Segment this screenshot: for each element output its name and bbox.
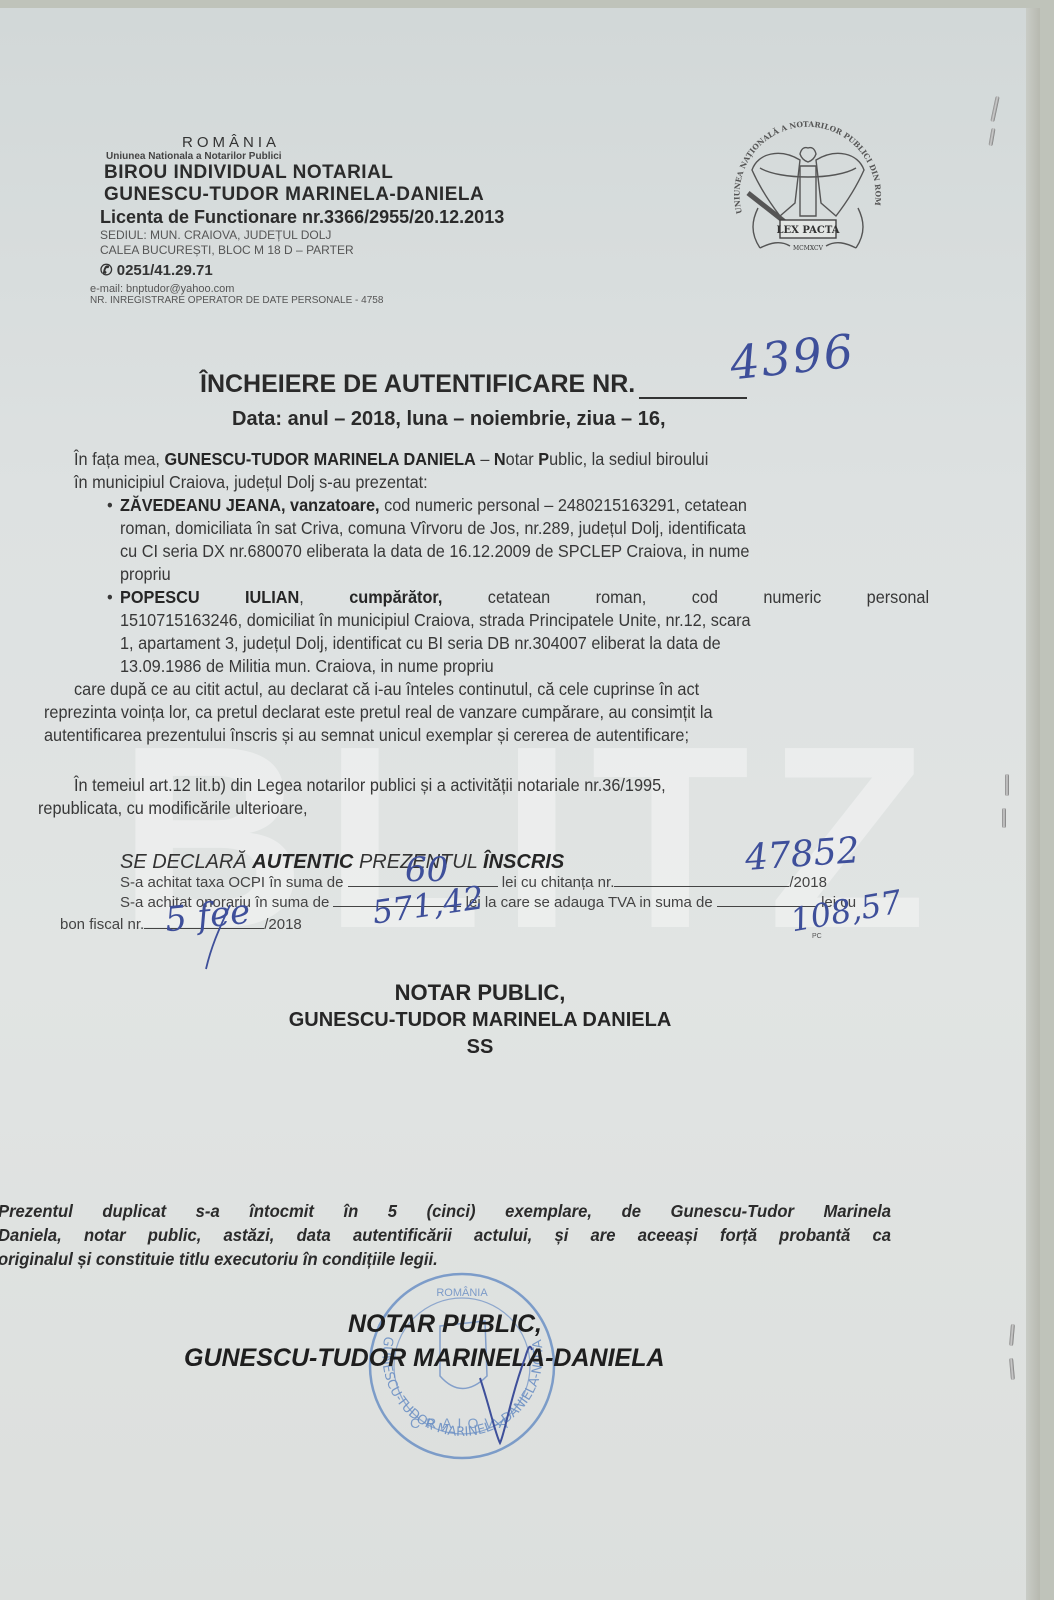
notary-name: GUNESCU-TUDOR MARINELA-DANIELA — [104, 184, 504, 206]
party-cnp-label: cetatean roman, cod numeric personal — [488, 587, 929, 607]
intro-p: P — [538, 449, 549, 469]
staple-mark — [1002, 808, 1006, 828]
intro-line-2: în municipiul Craiova, județul Dolj s-au… — [74, 471, 904, 494]
signature-ss: SS — [0, 1036, 960, 1059]
country-label: ROMÂNIA — [182, 134, 504, 151]
staple-mark — [1009, 1358, 1015, 1380]
party-buyer: • POPESCU IULIAN, cumpărător, cetatean r… — [120, 586, 929, 678]
seal-year: MCMXCV — [793, 245, 824, 252]
intro-otar: otar — [506, 449, 539, 469]
legal-basis-line-2: republicata, cu modificările ulterioare, — [38, 797, 868, 820]
phone-icon: ✆ — [100, 262, 117, 279]
office-label: BIROU INDIVIDUAL NOTARIAL — [104, 162, 504, 184]
party-line-2: roman, domiciliata în sat Criva, comuna … — [120, 517, 929, 540]
page-edge — [1026, 8, 1040, 1600]
authentic-part-4: ÎNSCRIS — [483, 851, 564, 873]
address-line-2: CALEA BUCUREȘTI, BLOC M 18 D – PARTER — [100, 243, 504, 258]
party-cnp: cod numeric personal – 2480215163291, ce… — [384, 495, 747, 515]
fiscal-year: /2018 — [264, 916, 302, 933]
authentic-part-2: AUTENTIC — [252, 851, 359, 873]
party-line-4: 13.09.1986 de Militia mun. Craiova, in n… — [120, 655, 929, 678]
declaration-line-2: reprezinta voința lor, ca pretul declara… — [44, 701, 939, 724]
stamp-top-text: ROMÂNIA — [436, 1286, 488, 1299]
party-line-1: POPESCU IULIAN, cumpărător, cetatean rom… — [120, 586, 929, 609]
fiscal-label: bon fiscal nr. — [60, 916, 144, 933]
staple-mark — [1009, 1324, 1015, 1346]
phone-row: ✆ 0251/41.29.71 — [100, 261, 504, 279]
handwritten-stroke — [200, 903, 240, 973]
license-number: Licenta de Functionare nr.3366/2955/20.1… — [100, 207, 504, 228]
vat-label: lei la care se adauga TVA in suma de — [466, 894, 713, 911]
party-seller: • ZĂVEDEANU JEANA, vanzatoare, cod numer… — [120, 494, 929, 586]
act-title: ÎNCHEIERE DE AUTENTIFICARE NR. — [200, 370, 747, 399]
receipt-number-handwritten: 47852 — [744, 830, 861, 879]
bullet-icon: • — [107, 586, 113, 609]
party-role: vanzatoare, — [290, 495, 380, 515]
signature-title: NOTAR PUBLIC, — [0, 980, 960, 1006]
duplicate-line-2: Daniela, notar public, astăzi, data aute… — [0, 1223, 891, 1247]
party-line-3: cu CI seria DX nr.680070 eliberata la da… — [120, 540, 929, 563]
notary-letterhead: ROMÂNIA Uniunea Nationala a Notarilor Pu… — [100, 134, 504, 306]
act-number-handwritten: 4396 — [728, 324, 858, 391]
legal-basis-line-1: În temeiul art.12 lit.b) din Legea notar… — [74, 774, 937, 797]
intro-line-1: În fața mea, GUNESCU-TUDOR MARINELA DANI… — [74, 448, 937, 471]
receipt-year: /2018 — [789, 874, 827, 891]
email-line: e-mail: bnptudor@yahoo.com — [90, 283, 504, 295]
pc-mark: PC — [812, 933, 822, 940]
party-line-4: propriu — [120, 563, 929, 586]
party-line-3: 1, apartament 3, județul Dolj, identific… — [120, 632, 929, 655]
staple-mark — [990, 96, 999, 122]
ocpi-label: S-a achitat taxa OCPI în suma de — [120, 874, 343, 891]
declaration-line-3: autentificarea prezentului înscris și au… — [44, 724, 874, 747]
act-date: Data: anul – 2018, luna – noiembrie, ziu… — [232, 408, 666, 431]
party-name: ZĂVEDEANU JEANA, — [120, 495, 285, 515]
authentic-declaration: SE DECLARĂ AUTENTIC PREZENTUL ÎNSCRIS — [120, 851, 564, 874]
handwritten-signature — [470, 1338, 550, 1448]
declaration-line-1: care după ce au citit actul, au declarat… — [74, 678, 939, 701]
party-name: POPESCU IULIAN — [120, 587, 299, 607]
intro-prefix: În fața mea, — [74, 449, 164, 469]
authentic-part-1: SE DECLARĂ — [120, 851, 252, 873]
act-title-label: ÎNCHEIERE DE AUTENTIFICARE NR. — [200, 370, 635, 398]
staple-mark — [988, 128, 995, 146]
bullet-icon: • — [107, 494, 113, 517]
union-label: Uniunea Nationala a Notarilor Publici — [106, 151, 504, 162]
staple-mark — [1005, 774, 1009, 796]
party-line-1: ZĂVEDEANU JEANA, vanzatoare, cod numeric… — [120, 494, 929, 517]
signature2-title: NOTAR PUBLIC, — [348, 1310, 542, 1339]
duplicate-text-1: Prezentul duplicat s-a întocmit în 5 (ci… — [0, 1199, 891, 1223]
vat-amount-handwritten: 108,57 — [788, 883, 905, 940]
ocpi-receipt-label: lei cu chitanța nr. — [502, 874, 615, 891]
intro-dash: – — [476, 449, 494, 469]
party-line-2: 1510715163246, domiciliat în municipiul … — [120, 609, 929, 632]
party-comma: , — [299, 587, 304, 607]
address-line-1: SEDIUL: MUN. CRAIOVA, JUDEȚUL DOLJ — [100, 228, 504, 243]
signature-name: GUNESCU-TUDOR MARINELA DANIELA — [0, 1009, 960, 1032]
intro-rest: ublic, la sediul biroului — [549, 449, 708, 469]
phone-number: 0251/41.29.71 — [117, 262, 213, 279]
party-role: cumpărător, — [349, 587, 442, 607]
seal-banner: LEX PACTA — [776, 225, 839, 236]
document-page: BLITZ ROMÂNIA Uniunea Nationala a Notari… — [0, 8, 1040, 1600]
registration-line: NR. INREGISTRARE OPERATOR DE DATE PERSON… — [90, 295, 504, 306]
duplicate-line-1: Prezentul duplicat s-a întocmit în 5 (ci… — [0, 1199, 891, 1223]
notary-union-eagle-seal-icon: UNIUNEA NAȚIONALĂ A NOTARILOR PUBLICI DI… — [720, 108, 895, 278]
signature2-name: GUNESCU-TUDOR MARINELA-DANIELA — [184, 1344, 665, 1373]
intro-notary-name: GUNESCU-TUDOR MARINELA DANIELA — [164, 449, 475, 469]
intro-n: N — [494, 449, 506, 469]
duplicate-text-2: Daniela, notar public, astăzi, data aute… — [0, 1223, 891, 1247]
